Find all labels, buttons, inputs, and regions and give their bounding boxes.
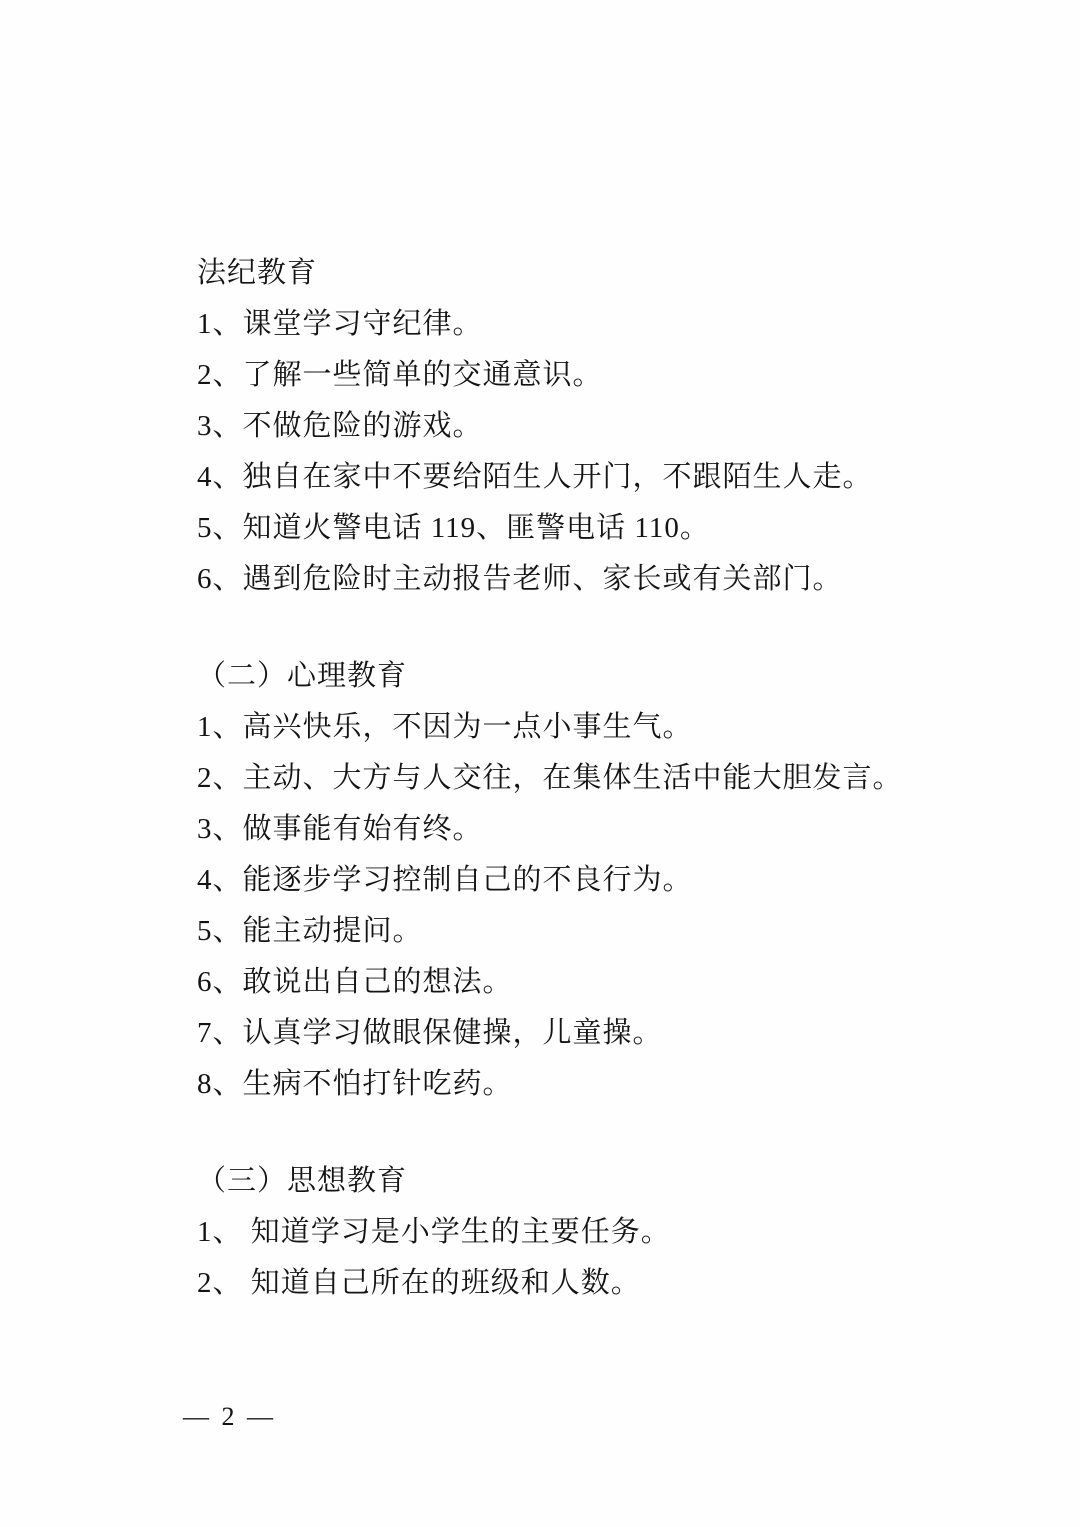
section-spacer [197,602,917,648]
list-item: 7、认真学习做眼保健操，儿童操。 [197,1005,917,1056]
list-item: 5、知道火警电话 119、匪警电话 110。 [197,500,917,551]
section-heading: 法纪教育 [197,245,917,296]
list-item: 1、课堂学习守纪律。 [197,296,917,347]
list-item: 5、能主动提问。 [197,903,917,954]
list-item: 2、 知道自己所在的班级和人数。 [197,1255,917,1306]
section-heading: （三）思想教育 [197,1153,917,1204]
section-discipline-education: 法纪教育 1、课堂学习守纪律。 2、了解一些简单的交通意识。 3、不做危险的游戏… [197,245,917,602]
document-content: 法纪教育 1、课堂学习守纪律。 2、了解一些简单的交通意识。 3、不做危险的游戏… [197,245,917,1306]
page-number: — 2 — [183,1402,276,1432]
list-item: 1、 知道学习是小学生的主要任务。 [197,1204,917,1255]
list-item: 6、敢说出自己的想法。 [197,954,917,1005]
section-psychological-education: （二）心理教育 1、高兴快乐，不因为一点小事生气。 2、主动、大方与人交往，在集… [197,648,917,1107]
list-item: 3、做事能有始有终。 [197,801,917,852]
page-footer: — 2 — [183,1399,276,1435]
list-item: 2、了解一些简单的交通意识。 [197,347,917,398]
list-item: 4、独自在家中不要给陌生人开门，不跟陌生人走。 [197,449,917,500]
list-item: 3、不做危险的游戏。 [197,398,917,449]
section-ideological-education: （三）思想教育 1、 知道学习是小学生的主要任务。 2、 知道自己所在的班级和人… [197,1153,917,1306]
section-spacer [197,1107,917,1153]
list-item: 1、高兴快乐，不因为一点小事生气。 [197,699,917,750]
list-item: 2、主动、大方与人交往，在集体生活中能大胆发言。 [197,750,917,801]
list-item: 6、遇到危险时主动报告老师、家长或有关部门。 [197,551,917,602]
list-item: 4、能逐步学习控制自己的不良行为。 [197,852,917,903]
list-item: 8、生病不怕打针吃药。 [197,1056,917,1107]
document-page: 法纪教育 1、课堂学习守纪律。 2、了解一些简单的交通意识。 3、不做危险的游戏… [0,0,1080,1527]
section-heading: （二）心理教育 [197,648,917,699]
